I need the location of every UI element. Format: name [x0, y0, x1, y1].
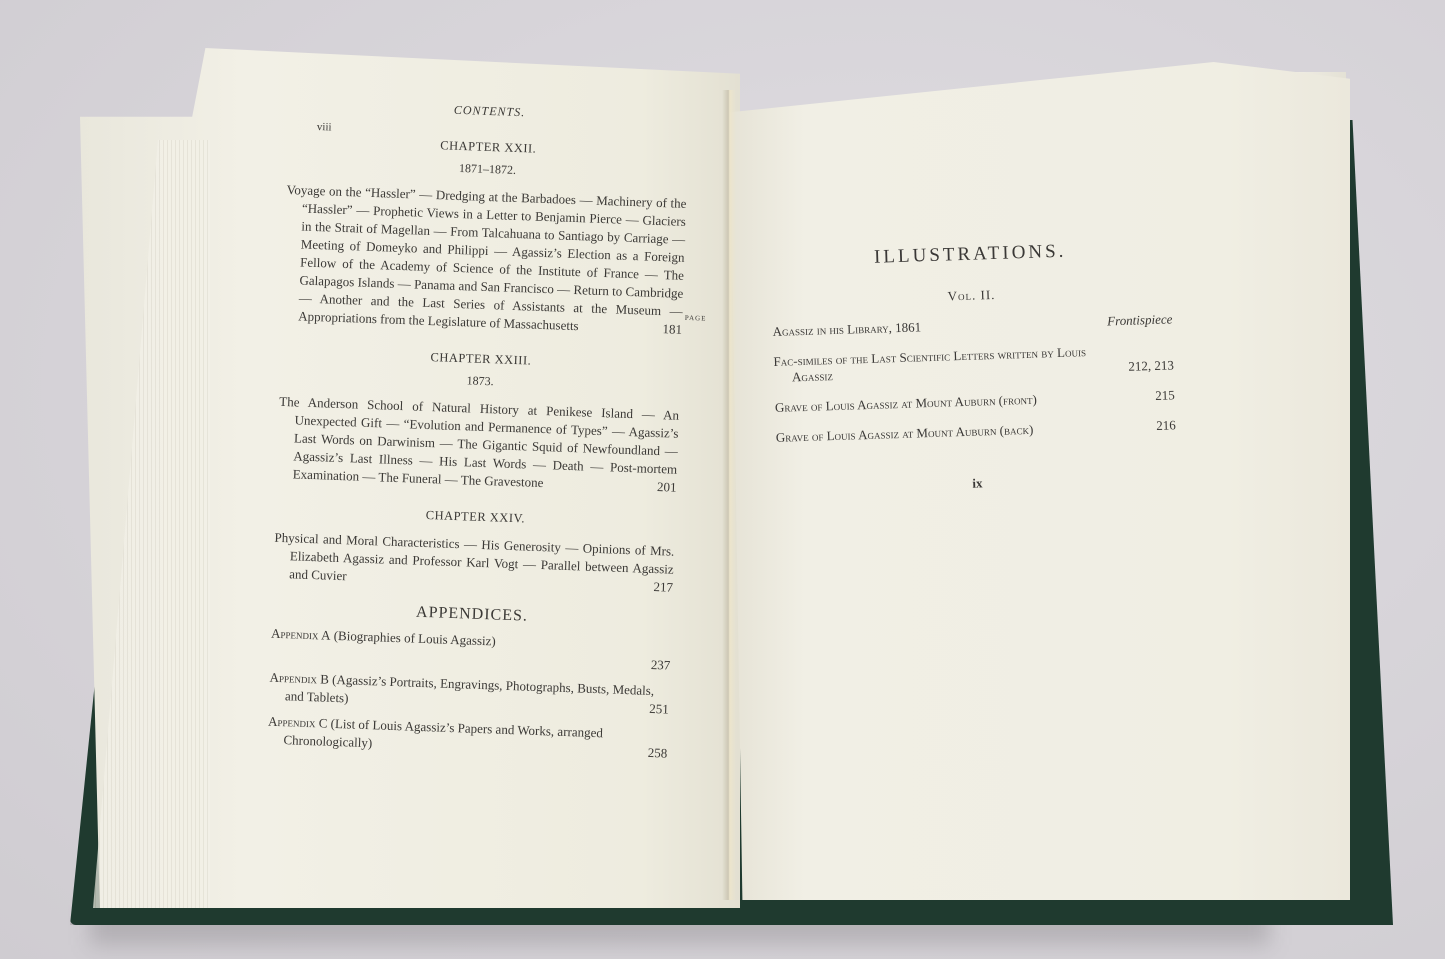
illustration-item: Grave of Louis Agassiz at Mount Auburn (…: [776, 417, 1176, 446]
illustrations-page: ILLUSTRATIONS. Vol. II. Agassiz in his L…: [770, 237, 1178, 497]
illustration-text: Grave of Louis Agassiz at Mount Auburn (…: [776, 422, 1034, 445]
illustration-text: Grave of Louis Agassiz at Mount Auburn (…: [775, 392, 1037, 415]
illustration-item: Grave of Louis Agassiz at Mount Auburn (…: [775, 387, 1175, 416]
appendix-label: Appendix A: [271, 626, 331, 643]
illustration-item: Fac-similes of the Last Scientific Lette…: [773, 341, 1174, 386]
chapter-22: CHAPTER XXII. 1871–1872. Voyage on the “…: [282, 131, 689, 339]
illustration-page: 212, 213: [1146, 357, 1174, 374]
volume-label: Vol. II.: [771, 281, 1171, 310]
illustration-page: Frontispiece: [1125, 311, 1173, 328]
appendix-a: Appendix A (Biographies of Louis Agassiz…: [270, 625, 671, 675]
page-column-label: PAGE: [685, 309, 707, 328]
appendix-label: Appendix B: [269, 670, 329, 687]
appendix-text: (Biographies of Louis Agassiz): [333, 628, 496, 649]
chapter-heading: CHAPTER XXIV.: [275, 501, 675, 533]
contents-page: CONTENTS. viii PAGE CHAPTER XXII. 1871–1…: [267, 95, 690, 763]
photo-scene: CONTENTS. viii PAGE CHAPTER XXII. 1871–1…: [0, 0, 1445, 959]
chapter-summary: Physical and Moral Characteristics — His…: [273, 529, 675, 597]
chapter-24: CHAPTER XXIV. Physical and Moral Charact…: [273, 501, 676, 597]
appendix-label: Appendix C: [268, 714, 328, 731]
book-gutter: [722, 90, 736, 900]
chapter-summary: The Anderson School of Natural History a…: [276, 393, 679, 497]
illustration-text: Fac-similes of the Last Scientific Lette…: [773, 344, 1086, 384]
chapter-23: CHAPTER XXIII. 1873. The Anderson School…: [276, 343, 681, 497]
chapter-summary: Voyage on the “Hassler” — Dredging at th…: [282, 181, 687, 339]
appendix-b: Appendix B (Agassiz’s Portraits, Engravi…: [269, 669, 670, 719]
page-number: viii: [317, 118, 332, 137]
illustration-item: Agassiz in his Library, 1861 Frontispiec…: [772, 311, 1172, 340]
illustration-text: Agassiz in his Library, 1861: [772, 319, 921, 339]
